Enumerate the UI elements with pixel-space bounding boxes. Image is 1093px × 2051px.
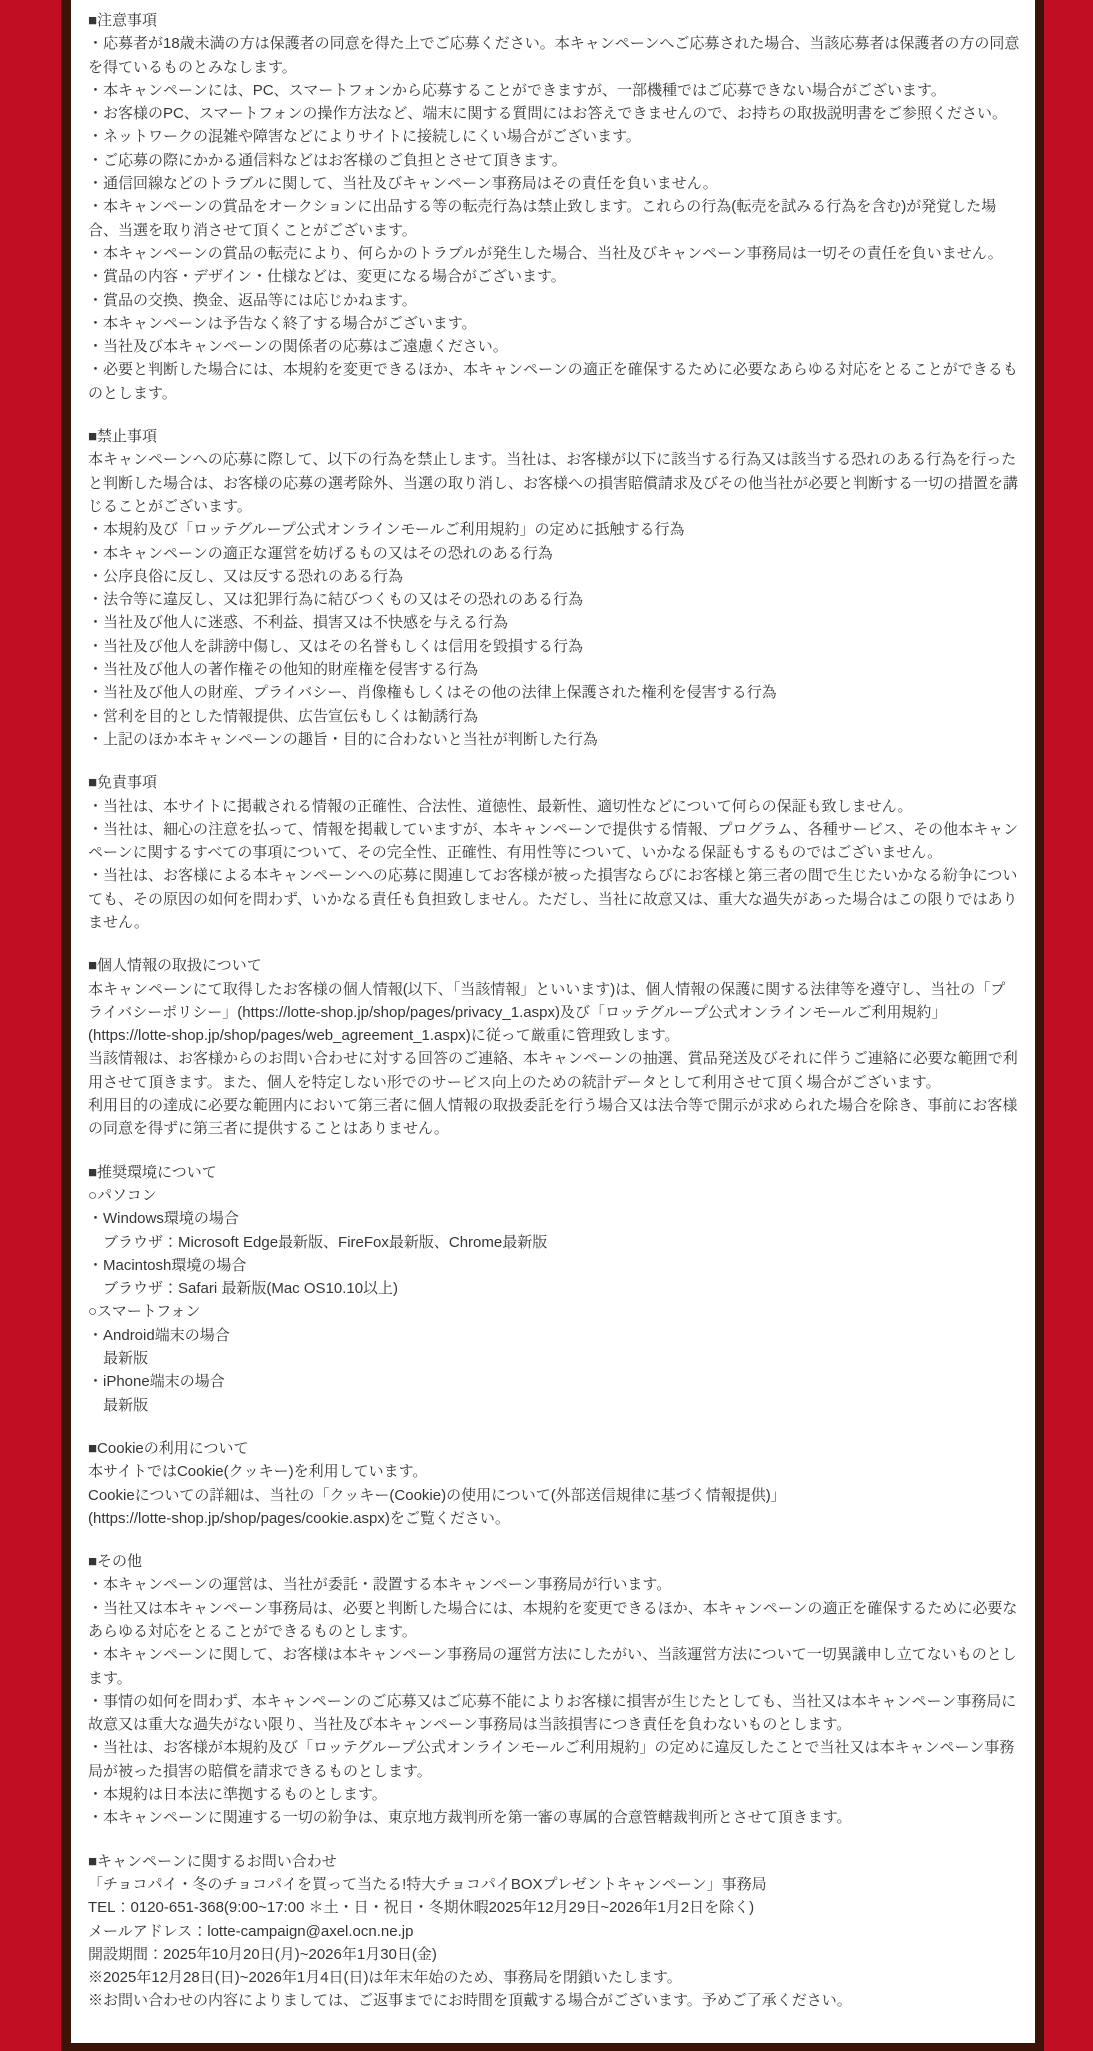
section-lines: 本サイトではCookie(クッキー)を利用しています。Cookieについての詳細… xyxy=(88,1460,1020,1530)
terms-line: TEL：0120-651-368(9:00~17:00 ＊土・日・祝日・冬期休暇… xyxy=(88,1896,1020,1919)
terms-section: ■その他 ・本キャンペーンの運営は、当社が委託・設置する本キャンペーン事務局が行… xyxy=(88,1550,1020,1830)
terms-line: ・本キャンペーンの賞品をオークションに出品する等の転売行為は禁止致します。これら… xyxy=(88,195,1020,242)
section-title: ■注意事項 xyxy=(88,9,1020,32)
terms-line: ・本キャンペーンの賞品の転売により、何らかのトラブルが発生した場合、当社及びキャ… xyxy=(88,242,1020,265)
url-text: (https://lotte-shop.jp/shop/pages/cookie… xyxy=(88,1510,390,1527)
campaign-terms-page: { "theme": { "background": "#C10E22", "f… xyxy=(0,0,1093,2051)
section-title: ■免責事項 xyxy=(88,771,1020,794)
terms-line: ・Android端末の場合 xyxy=(88,1324,1020,1347)
terms-line: ・事情の如何を問わず、本キャンペーンのご応募又はご応募不能によりお客様に損害が生… xyxy=(88,1690,1020,1737)
terms-line: Cookieについての詳細は、当社の「クッキー(Cookie)の使用について(外… xyxy=(88,1484,1020,1531)
terms-section: ■キャンペーンに関するお問い合わせ 「チョコパイ・冬のチョコパイを買って当たる!… xyxy=(88,1850,1020,2013)
terms-line: ・当社及び他人に迷惑、不利益、損害又は不快感を与える行為 xyxy=(88,611,1020,634)
section-lines: 本キャンペーンにて取得したお客様の個人情報(以下、「当該情報」といいます)は、個… xyxy=(88,978,1020,1141)
terms-line: ・本キャンペーンは予告なく終了する場合がございます。 xyxy=(88,312,1020,335)
section-title: ■禁止事項 xyxy=(88,425,1020,448)
terms-line: ・当社は、細心の注意を払って、情報を掲載していますが、本キャンペーンで提供する情… xyxy=(88,818,1020,865)
terms-line: ・上記のほか本キャンペーンの趣旨・目的に合わないと当社が判断した行為 xyxy=(88,728,1020,751)
terms-line: ・必要と判断した場合には、本規約を変更できるほか、本キャンペーンの適正を確保する… xyxy=(88,358,1020,405)
terms-panel: ■注意事項 ・応募者が18歳未満の方は保護者の同意を得た上でご応募ください。本キ… xyxy=(61,0,1044,2051)
terms-content: ■注意事項 ・応募者が18歳未満の方は保護者の同意を得た上でご応募ください。本キ… xyxy=(71,0,1035,2043)
terms-line: ・ネットワークの混雑や障害などによりサイトに接続しにくい場合がございます。 xyxy=(88,125,1020,148)
terms-line: ・営利を目的とした情報提供、広告宣伝もしくは勧誘行為 xyxy=(88,705,1020,728)
terms-line: ・当社は、お客様による本キャンペーンへの応募に関連してお客様が被った損害ならびに… xyxy=(88,864,1020,934)
terms-section: ■禁止事項 本キャンペーンへの応募に際して、以下の行為を禁止します。当社は、お客… xyxy=(88,425,1020,751)
terms-line: ・本キャンペーンの適正な運営を妨げるもの又はその恐れのある行為 xyxy=(88,542,1020,565)
terms-line: ○パソコン xyxy=(88,1184,1020,1207)
terms-line: ※2025年12月28日(日)~2026年1月4日(日)は年末年始のため、事務局… xyxy=(88,1966,1020,1989)
terms-line: 本キャンペーンにて取得したお客様の個人情報(以下、「当該情報」といいます)は、個… xyxy=(88,978,1020,1048)
url-text: (https://lotte-shop.jp/shop/pages/privac… xyxy=(237,1004,560,1021)
section-title: ■その他 xyxy=(88,1550,1020,1573)
terms-line: 最新版 xyxy=(88,1347,1020,1370)
terms-line: ※お問い合わせの内容によりましては、ご返事までにお時間を頂戴する場合がございます… xyxy=(88,1989,1020,2012)
terms-line: ・当社は、本サイトに掲載される情報の正確性、合法性、道徳性、最新性、適切性などに… xyxy=(88,795,1020,818)
section-title: ■Cookieの利用について xyxy=(88,1437,1020,1460)
terms-line: 当該情報は、お客様からのお問い合わせに対する回答のご連絡、本キャンペーンの抽選、… xyxy=(88,1047,1020,1094)
terms-line: ・Macintosh環境の場合 xyxy=(88,1254,1020,1277)
terms-line: ・当社及び他人を誹謗中傷し、又はその名誉もしくは信用を毀損する行為 xyxy=(88,635,1020,658)
terms-line: 本キャンペーンへの応募に際して、以下の行為を禁止します。当社は、お客様が以下に該… xyxy=(88,448,1020,518)
terms-section: ■免責事項 ・当社は、本サイトに掲載される情報の正確性、合法性、道徳性、最新性、… xyxy=(88,771,1020,934)
section-lines: ・当社は、本サイトに掲載される情報の正確性、合法性、道徳性、最新性、適切性などに… xyxy=(88,795,1020,935)
terms-line: ・当社及び本キャンペーンの関係者の応募はご遠慮ください。 xyxy=(88,335,1020,358)
terms-line: ・賞品の内容・デザイン・仕様などは、変更になる場合がございます。 xyxy=(88,265,1020,288)
section-lines: 「チョコパイ・冬のチョコパイを買って当たる!特大チョコパイBOXプレゼントキャン… xyxy=(88,1873,1020,2013)
terms-line: 利用目的の達成に必要な範囲内において第三者に個人情報の取扱委託を行う場合又は法令… xyxy=(88,1094,1020,1141)
terms-line: ○スマートフォン xyxy=(88,1300,1020,1323)
section-title: ■推奨環境について xyxy=(88,1161,1020,1184)
terms-line: ・当社又は本キャンペーン事務局は、必要と判断した場合には、本規約を変更できるほか… xyxy=(88,1597,1020,1644)
terms-line: ・本キャンペーンには、PC、スマートフォンから応募することができますが、一部機種… xyxy=(88,79,1020,102)
terms-line: ブラウザ：Safari 最新版(Mac OS10.10以上) xyxy=(88,1277,1020,1300)
terms-line: ・通信回線などのトラブルに関して、当社及びキャンペーン事務局はその責任を負いませ… xyxy=(88,172,1020,195)
section-lines: 本キャンペーンへの応募に際して、以下の行為を禁止します。当社は、お客様が以下に該… xyxy=(88,448,1020,751)
terms-line: ・当社及び他人の財産、プライバシー、肖像権もしくはその他の法律上保護された権利を… xyxy=(88,681,1020,704)
terms-line: 「チョコパイ・冬のチョコパイを買って当たる!特大チョコパイBOXプレゼントキャン… xyxy=(88,1873,1020,1896)
url-text: (https://lotte-shop.jp/shop/pages/web_ag… xyxy=(88,1027,471,1044)
terms-line: ・iPhone端末の場合 xyxy=(88,1370,1020,1393)
terms-section: ■Cookieの利用について 本サイトではCookie(クッキー)を利用していま… xyxy=(88,1437,1020,1530)
section-title: ■キャンペーンに関するお問い合わせ xyxy=(88,1850,1020,1873)
terms-line: 本サイトではCookie(クッキー)を利用しています。 xyxy=(88,1460,1020,1483)
terms-line: 最新版 xyxy=(88,1394,1020,1417)
section-lines: ・本キャンペーンの運営は、当社が委託・設置する本キャンペーン事務局が行います。・… xyxy=(88,1573,1020,1829)
terms-line: ・法令等に違反し、又は犯罪行為に結びつくもの又はその恐れのある行為 xyxy=(88,588,1020,611)
terms-line: ・本キャンペーンの運営は、当社が委託・設置する本キャンペーン事務局が行います。 xyxy=(88,1573,1020,1596)
terms-line: ・公序良俗に反し、又は反する恐れのある行為 xyxy=(88,565,1020,588)
terms-line: メールアドレス：lotte-campaign@axel.ocn.ne.jp xyxy=(88,1920,1020,1943)
terms-line: ・賞品の交換、換金、返品等には応じかねます。 xyxy=(88,289,1020,312)
terms-line: ・当社は、お客様が本規約及び「ロッテグループ公式オンラインモールご利用規約」の定… xyxy=(88,1736,1020,1783)
terms-line: ・本規約及び「ロッテグループ公式オンラインモールご利用規約」の定めに抵触する行為 xyxy=(88,518,1020,541)
terms-section: ■注意事項 ・応募者が18歳未満の方は保護者の同意を得た上でご応募ください。本キ… xyxy=(88,9,1020,405)
terms-line: ・当社及び他人の著作権その他知的財産権を侵害する行為 xyxy=(88,658,1020,681)
terms-line: ・お客様のPC、スマートフォンの操作方法など、端末に関する質問にはお答えできませ… xyxy=(88,102,1020,125)
terms-line: ・Windows環境の場合 xyxy=(88,1207,1020,1230)
terms-line: ・応募者が18歳未満の方は保護者の同意を得た上でご応募ください。本キャンペーンへ… xyxy=(88,32,1020,79)
section-lines: ○パソコン・Windows環境の場合 ブラウザ：Microsoft Edge最新… xyxy=(88,1184,1020,1417)
terms-section: ■個人情報の取扱について 本キャンペーンにて取得したお客様の個人情報(以下、「当… xyxy=(88,954,1020,1140)
terms-section: ■推奨環境について ○パソコン・Windows環境の場合 ブラウザ：Micros… xyxy=(88,1161,1020,1417)
terms-line: ブラウザ：Microsoft Edge最新版、FireFox最新版、Chrome… xyxy=(88,1231,1020,1254)
section-title: ■個人情報の取扱について xyxy=(88,954,1020,977)
section-lines: ・応募者が18歳未満の方は保護者の同意を得た上でご応募ください。本キャンペーンへ… xyxy=(88,32,1020,405)
terms-line: ・本規約は日本法に準拠するものとします。 xyxy=(88,1783,1020,1806)
terms-line: ・ご応募の際にかかる通信料などはお客様のご負担とさせて頂きます。 xyxy=(88,149,1020,172)
terms-line: ・本キャンペーンに関連する一切の紛争は、東京地方裁判所を第一審の専属的合意管轄裁… xyxy=(88,1806,1020,1829)
terms-line: ・本キャンペーンに関して、お客様は本キャンペーン事務局の運営方法にしたがい、当該… xyxy=(88,1643,1020,1690)
terms-line: 開設期間：2025年10月20日(月)~2026年1月30日(金) xyxy=(88,1943,1020,1966)
